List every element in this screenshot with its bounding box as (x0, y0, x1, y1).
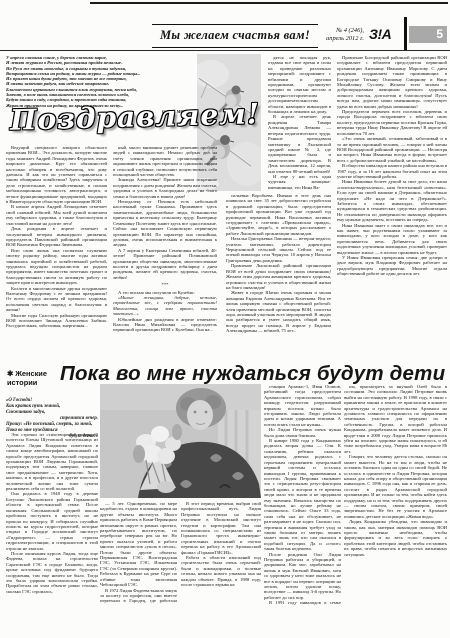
paragraph: Лидия Кондыкова убеждена, что инвалидам … (344, 519, 447, 557)
logo-divider (404, 17, 407, 50)
paragraph: Председатели первичек всех поселков, дер… (337, 109, 447, 136)
paragraph: После рождения Оли Лидия Петровна работа… (264, 552, 341, 601)
paragraph: Эти строчки из стихотворения питерской п… (6, 432, 98, 491)
paragraph: дятся не покладая рук, отдавая все свое … (268, 55, 331, 114)
newspaper-motto: Мы желаем счастья вам! (152, 28, 318, 43)
paragraph: Юбилейные дни рождения в апреле отмечают… (113, 317, 217, 333)
story-col3: станции Арзамас-1, Иван Осипов, работавш… (264, 384, 341, 605)
paragraph: И еще у нас есть одна чудесная женщина-и… (268, 174, 331, 190)
paragraph: Ведущий специалист аппарата областного п… (6, 145, 107, 204)
congrats-headline: Поздравляем! (10, 98, 219, 136)
portrait-photo (100, 384, 261, 498)
paragraph: «Это очень активный, отзывчивый, заботли… (337, 136, 447, 163)
paragraph: В этот период времени, выбрав свой профе… (181, 501, 261, 555)
paragraph: Живет в городе Шатки очень скромная и ми… (226, 290, 331, 333)
header-rule (0, 50, 450, 51)
paragraph: У Нины Ивановны прекрасная семья: две до… (337, 255, 447, 277)
paragraph: Зинаида Алексеевна! Примите наши искренн… (113, 177, 217, 199)
congrats-col3-narrow: дятся не покладая рук, отдавая все свое … (268, 55, 331, 191)
paragraph: Правление Лысковской районной организаци… (226, 263, 331, 290)
paragraph: «Милые женщины, добрые, нежные, справедл… (113, 295, 217, 317)
paragraph: сильевна Воробьева. Именно в этот день о… (226, 193, 331, 236)
story-col2a: — 5 лет. Одновременно, по мере надобност… (100, 501, 177, 605)
story-col4: пы, присмотреть за внучкой Олей была в с… (344, 384, 447, 605)
story-col2b: В этот период времени, выбрав свой профе… (181, 501, 261, 605)
paragraph: В 1991 году инвалидов в семье Кондыковых… (264, 600, 341, 605)
newspaper-page: Мы желаем счастья вам! № 4 (246), апрель… (0, 0, 450, 638)
congrats-col4: Правление Богородской районной организац… (337, 55, 447, 367)
paragraph: В 1972 Лидия Фадеева вышла замуж за колл… (100, 588, 177, 606)
page-number: 5 (409, 26, 447, 43)
paragraph: Наталья Григорьевна Лапшина — ветеран-пе… (226, 236, 331, 263)
paragraph: В общество инвалидов нашего района она в… (337, 163, 447, 179)
paragraph: Работа в области изысканий под строитель… (181, 555, 261, 587)
section-label: ✱ Женские истории (7, 369, 47, 388)
paragraph: После окончания курсов Лидия, тогда еще … (6, 551, 98, 594)
masthead: Мы желаем счастья вам! (152, 24, 318, 48)
paragraph: Но Лидия Петровна очень нужна была дома … (264, 427, 341, 438)
paragraph: пы, присмотреть за внучкой Олей была в с… (344, 384, 447, 454)
paragraph: А 7 апреля у Екатерины Семеновны юбилей,… (113, 248, 217, 280)
paragraph: Многие годы Спасскую районную организаци… (6, 313, 107, 329)
paragraph: — 5 лет. Одновременно, по мере надобност… (100, 501, 177, 588)
paragraph: В январе 1980 года у Кондыковых родилась… (264, 438, 341, 552)
section-label-line1: ✱ Женские (7, 369, 47, 378)
top-rule (90, 2, 448, 4)
issue-number: № 4 (246), (304, 27, 364, 35)
story-headline: Пока во мне нуждаться будут дети (60, 362, 448, 386)
portrait-photo-art (100, 384, 261, 498)
section-label-line2: истории (7, 378, 47, 387)
newspaper-logo: З!А (369, 26, 391, 42)
paragraph: Говорят, что человеку дается столько, ск… (344, 454, 447, 519)
paragraph: *** (113, 282, 217, 287)
paragraph: Коллеги и многочисленные друзья поздравл… (6, 286, 107, 313)
paragraph: День рождения в апреле отмечает и заслуж… (6, 226, 107, 248)
paragraph: ный, много внимания уделяет решению проб… (113, 145, 217, 177)
issue-info: № 4 (246), апрель 2012 г. (304, 27, 364, 43)
paragraph: Правление Богородской районной организац… (337, 55, 447, 109)
paragraph: В апреле отмечает день рождения Тамара А… (268, 114, 331, 173)
paragraph: станции Арзамас-1, Иван Осипов, работавш… (264, 384, 341, 427)
congrats-col3: сильевна Воробьева. Именно в этот день о… (226, 193, 331, 367)
congrats-col2: ный, много внимания уделяет решению проб… (113, 145, 217, 367)
paragraph: Нина Ивановна знает о своих инвалидах вс… (337, 223, 447, 255)
story-col1: Эти строчки из стихотворения питерской п… (6, 432, 98, 604)
paragraph: Всю свою жизнь она посвятила служению св… (6, 248, 107, 286)
paragraph: Нина Ивановна болеет душой за свое дело,… (337, 179, 447, 222)
paragraph: Она родилась в 1948 году в деревне Ботус… (6, 491, 98, 550)
congrats-col1: Ведущий специалист аппарата областного п… (6, 145, 107, 367)
paragraph: В начале апреля Андрей Леонидович отмеча… (6, 204, 107, 226)
paragraph: Неподалеку от Починок есть небольшой нас… (113, 199, 217, 248)
issue-date: апрель 2012 г. (304, 35, 364, 43)
